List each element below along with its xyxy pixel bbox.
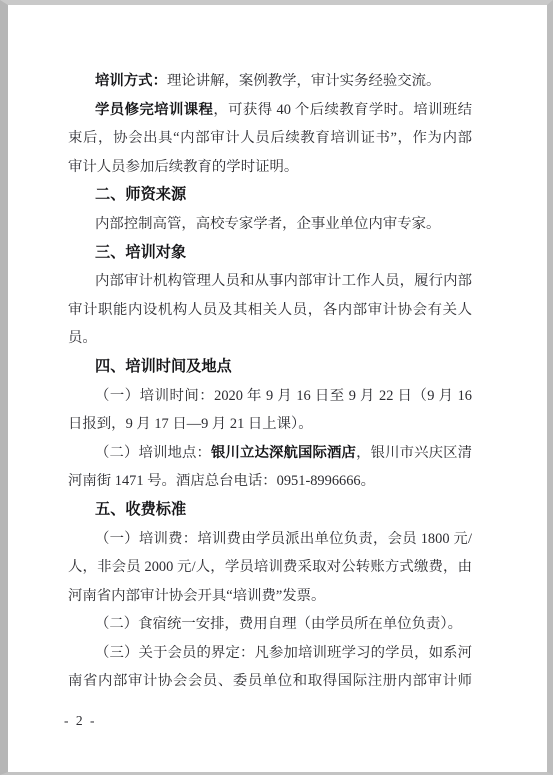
section-heading: 五、收费标准 [68, 496, 472, 525]
emphasis-text: 五、收费标准 [95, 501, 186, 518]
body-text: 员。 [68, 330, 97, 346]
body-text: ，可获得 40 个后续教育学时。培训班结 [213, 102, 472, 118]
text-line: 河南省内部审计协会开具“培训费”发票。 [68, 582, 472, 611]
text-line: 内部审计机构管理人员和从事内部审计工作人员，履行内部 [68, 267, 472, 296]
body-text: （三）关于会员的界定：凡参加培训班学习的学员，如系河 [95, 645, 472, 661]
body-text: 河南街 1471 号。酒店总台电话：0951-8996666。 [68, 473, 375, 489]
body-text: ，银川市兴庆区清 [356, 445, 472, 461]
body-text: 审计人员参加后续教育的学时证明。 [68, 159, 298, 175]
body-text: 南省内部审计协会会员、委员单位和取得国际注册内部审计师 [68, 673, 472, 689]
emphasis-text: 培训方式： [95, 73, 167, 89]
text-line: 学员修完培训课程，可获得 40 个后续教育学时。培训班结 [68, 96, 472, 125]
body-text: （一）培训时间：2020 年 9 月 16 日至 9 月 22 日（9 月 16 [95, 388, 472, 404]
text-line: （一）培训时间：2020 年 9 月 16 日至 9 月 22 日（9 月 16 [68, 382, 472, 411]
section-heading: 四、培训时间及地点 [68, 353, 472, 382]
text-line: 南省内部审计协会会员、委员单位和取得国际注册内部审计师 [68, 667, 472, 696]
body-text: 理论讲解，案例教学，审计实务经验交流。 [167, 73, 440, 89]
body-text: 审计职能内设机构人员及其相关人员，各内部审计协会有关人 [68, 302, 472, 318]
page-number: - 2 - [64, 713, 97, 729]
text-line: 审计人员参加后续教育的学时证明。 [68, 153, 472, 182]
emphasis-text: 银川立达深航国际酒店 [211, 445, 356, 461]
body-text: 内部审计机构管理人员和从事内部审计工作人员，履行内部 [95, 273, 472, 289]
body-text: 内部控制高管，高校专家学者，企事业单位内审专家。 [95, 216, 440, 232]
text-line: （二）食宿统一安排，费用自理（由学员所在单位负责）。 [68, 610, 472, 639]
text-line: 人，非会员 2000 元/人，学员培训费采取对公转账方式缴费，由 [68, 553, 472, 582]
body-text: （二）培训地点： [95, 445, 211, 461]
text-line: 河南街 1471 号。酒店总台电话：0951-8996666。 [68, 467, 472, 496]
text-line: （三）关于会员的界定：凡参加培训班学习的学员，如系河 [68, 639, 472, 668]
text-line: （一）培训费：培训费由学员派出单位负责，会员 1800 元/ [68, 525, 472, 554]
body-text: （一）培训费：培训费由学员派出单位负责，会员 1800 元/ [95, 531, 472, 547]
body-text: 日报到，9 月 17 日—9 月 21 日上课）。 [68, 416, 313, 432]
emphasis-text: 四、培训时间及地点 [95, 358, 232, 375]
text-line: 内部控制高管，高校专家学者，企事业单位内审专家。 [68, 210, 472, 239]
body-text: （二）食宿统一安排，费用自理（由学员所在单位负责）。 [95, 616, 462, 632]
text-line: 审计职能内设机构人员及其相关人员，各内部审计协会有关人 [68, 296, 472, 325]
emphasis-text: 二、师资来源 [95, 186, 186, 203]
document-body: 培训方式：理论讲解，案例教学，审计实务经验交流。学员修完培训课程，可获得 40 … [68, 67, 472, 696]
text-line: 员。 [68, 324, 472, 353]
scanned-page: 培训方式：理论讲解，案例教学，审计实务经验交流。学员修完培训课程，可获得 40 … [0, 0, 553, 775]
text-line: 培训方式：理论讲解，案例教学，审计实务经验交流。 [68, 67, 472, 96]
body-text: 人，非会员 2000 元/人，学员培训费采取对公转账方式缴费，由 [68, 559, 472, 575]
body-text: 束后，协会出具“内部审计人员后续教育培训证书”，作为内部 [68, 130, 472, 146]
section-heading: 三、培训对象 [68, 239, 472, 268]
emphasis-text: 三、培训对象 [95, 244, 186, 261]
emphasis-text: 学员修完培训课程 [95, 102, 213, 118]
text-line: （二）培训地点：银川立达深航国际酒店，银川市兴庆区清 [68, 439, 472, 468]
text-line: 束后，协会出具“内部审计人员后续教育培训证书”，作为内部 [68, 124, 472, 153]
text-line: 日报到，9 月 17 日—9 月 21 日上课）。 [68, 410, 472, 439]
body-text: 河南省内部审计协会开具“培训费”发票。 [68, 588, 325, 604]
section-heading: 二、师资来源 [68, 181, 472, 210]
